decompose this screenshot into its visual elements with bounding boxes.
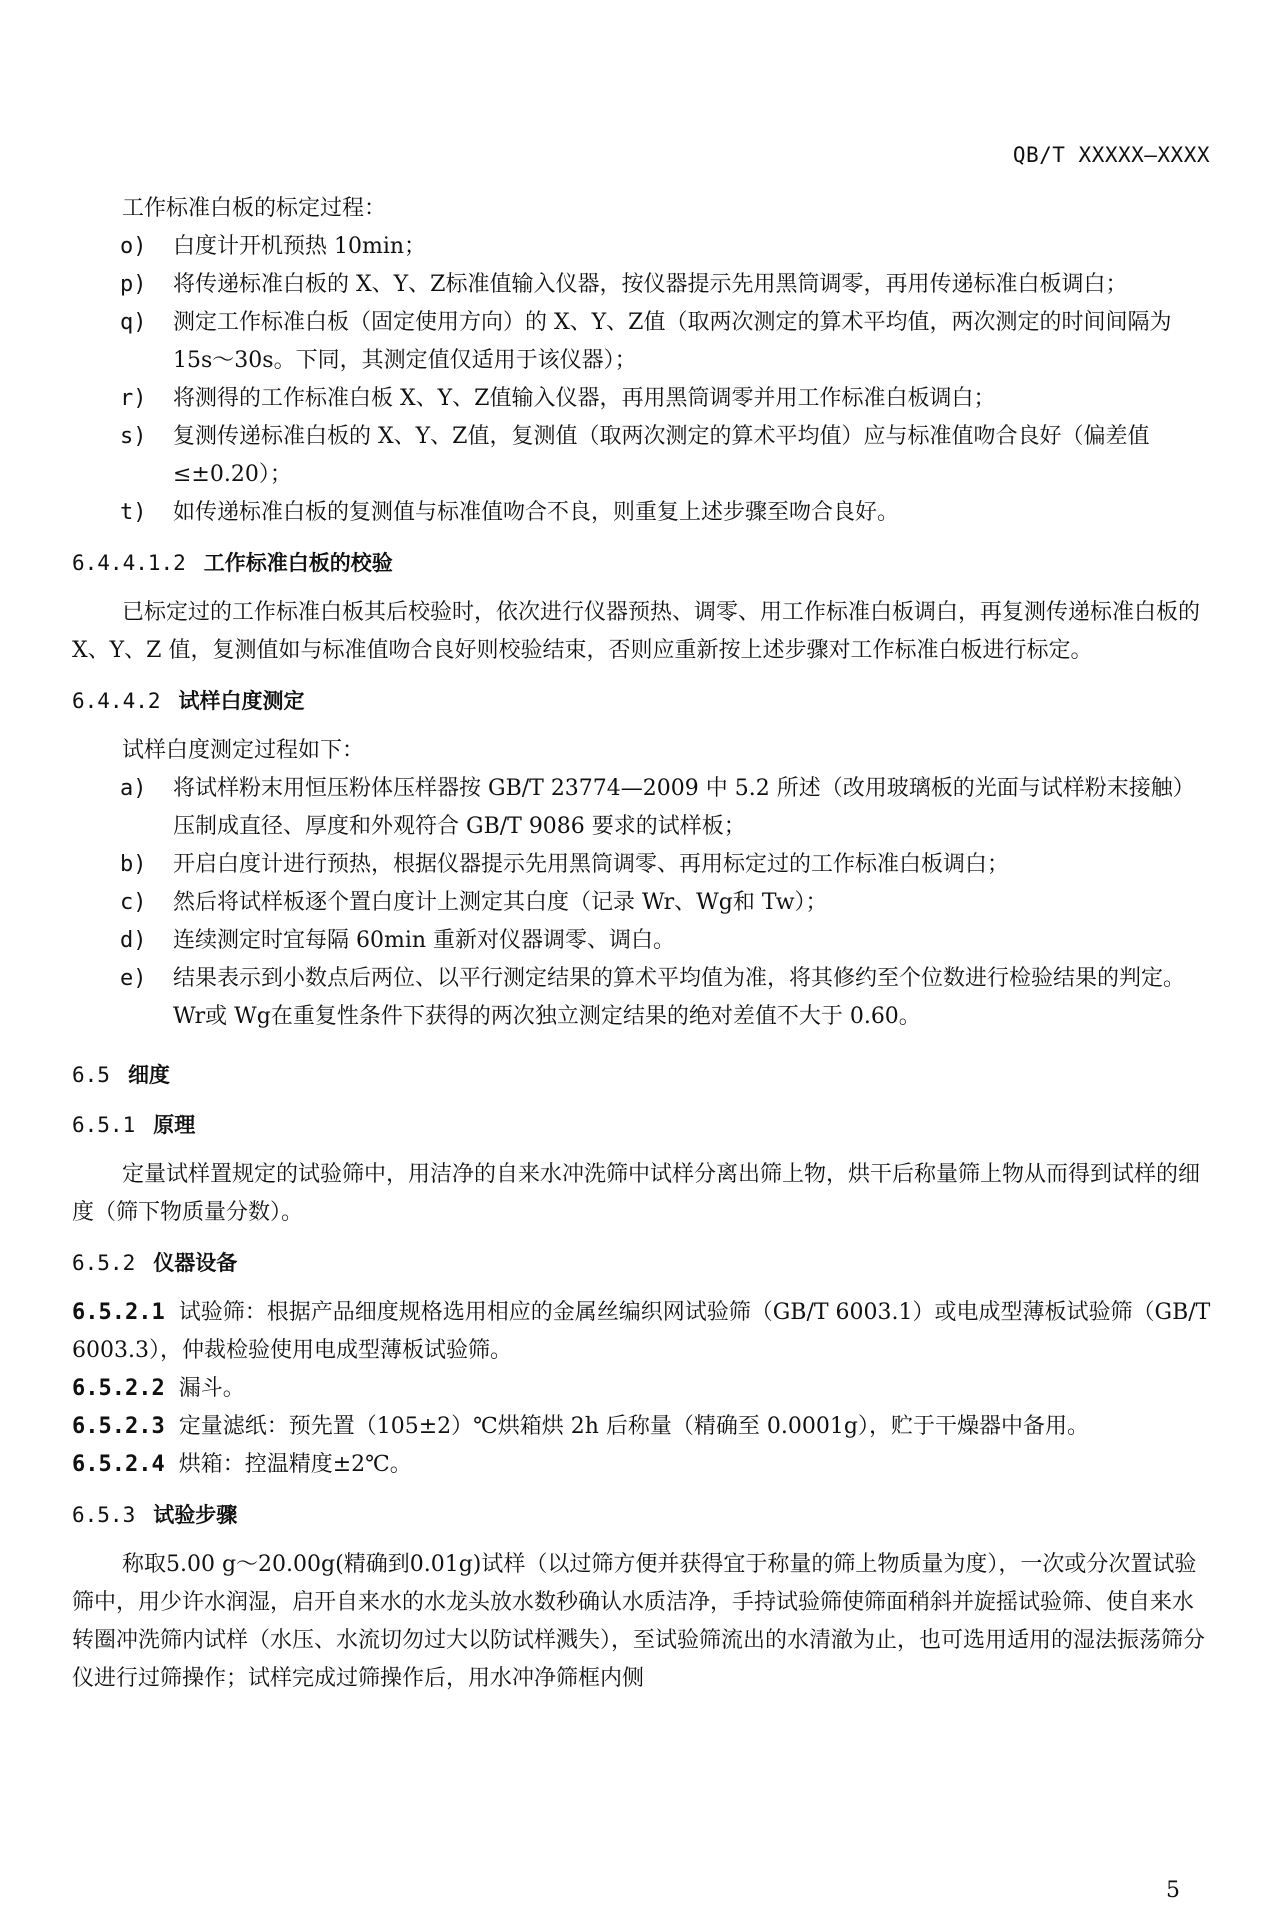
section-body: 称取5.00 g～20.00g(精确到0.01g)试样（以过筛方便并获得宜于称量… [72, 1546, 1212, 1698]
clause: 6.5.2.1试验筛：根据产品细度规格选用相应的金属丝编织网试验筛（GB/T 6… [72, 1294, 1212, 1370]
section-heading: 6.4.4.1.2工作标准白板的校验 [72, 544, 1212, 582]
section-body: 已标定过的工作标准白板其后校验时，依次进行仪器预热、调零、用工作标准白板调白，再… [72, 594, 1212, 670]
section-heading: 6.5.3试验步骤 [72, 1496, 1212, 1534]
list-item: c)然后将试样板逐个置白度计上测定其白度（记录 Wr、Wg和 Tw）； [72, 884, 1212, 922]
list-item: b)开启白度计进行预热，根据仪器提示先用黑筒调零、再用标定过的工作标准白板调白； [72, 846, 1212, 884]
document-code: QB/T XXXXX—XXXX [1013, 143, 1210, 167]
list-item: q)测定工作标准白板（固定使用方向）的 X、Y、Z值（取两次测定的算术平均值，两… [72, 304, 1212, 380]
list-item: o)白度计开机预热 10min； [72, 228, 1212, 266]
page-number: 5 [1166, 1878, 1180, 1903]
section-body: 定量试样置规定的试验筛中，用洁净的自来水冲洗筛中试样分离出筛上物，烘干后称量筛上… [72, 1156, 1212, 1232]
list-item: r)将测得的工作标准白板 X、Y、Z值输入仪器，再用黑筒调零并用工作标准白板调白… [72, 380, 1212, 418]
clause: 6.5.2.4烘箱：控温精度±2℃。 [72, 1446, 1212, 1484]
clause: 6.5.2.2漏斗。 [72, 1370, 1212, 1408]
list-item: p)将传递标准白板的 X、Y、Z标准值输入仪器，按仪器提示先用黑筒调零，再用传递… [72, 266, 1212, 304]
list-item: a)将试样粉末用恒压粉体压样器按 GB/T 23774—2009 中 5.2 所… [72, 770, 1212, 846]
clause: 6.5.2.3定量滤纸：预先置（105±2）℃烘箱烘 2h 后称量（精确至 0.… [72, 1408, 1212, 1446]
section-heading: 6.4.4.2试样白度测定 [72, 682, 1212, 720]
list-item: t)如传递标准白板的复测值与标准值吻合不良，则重复上述步骤至吻合良好。 [72, 494, 1212, 532]
section-heading: 6.5.2仪器设备 [72, 1244, 1212, 1282]
section-heading: 6.5.1原理 [72, 1106, 1212, 1144]
list-item: s)复测传递标准白板的 X、Y、Z值，复测值（取两次测定的算术平均值）应与标准值… [72, 418, 1212, 494]
section-intro: 试样白度测定过程如下： [72, 732, 1212, 770]
calibration-intro: 工作标准白板的标定过程： [72, 190, 1212, 228]
list-item: d)连续测定时宜每隔 60min 重新对仪器调零、调白。 [72, 922, 1212, 960]
section-heading: 6.5细度 [72, 1056, 1212, 1094]
list-item: e)结果表示到小数点后两位、以平行测定结果的算术平均值为准，将其修约至个位数进行… [72, 960, 1212, 1036]
page-content: 工作标准白板的标定过程： o)白度计开机预热 10min； p)将传递标准白板的… [72, 190, 1212, 1698]
